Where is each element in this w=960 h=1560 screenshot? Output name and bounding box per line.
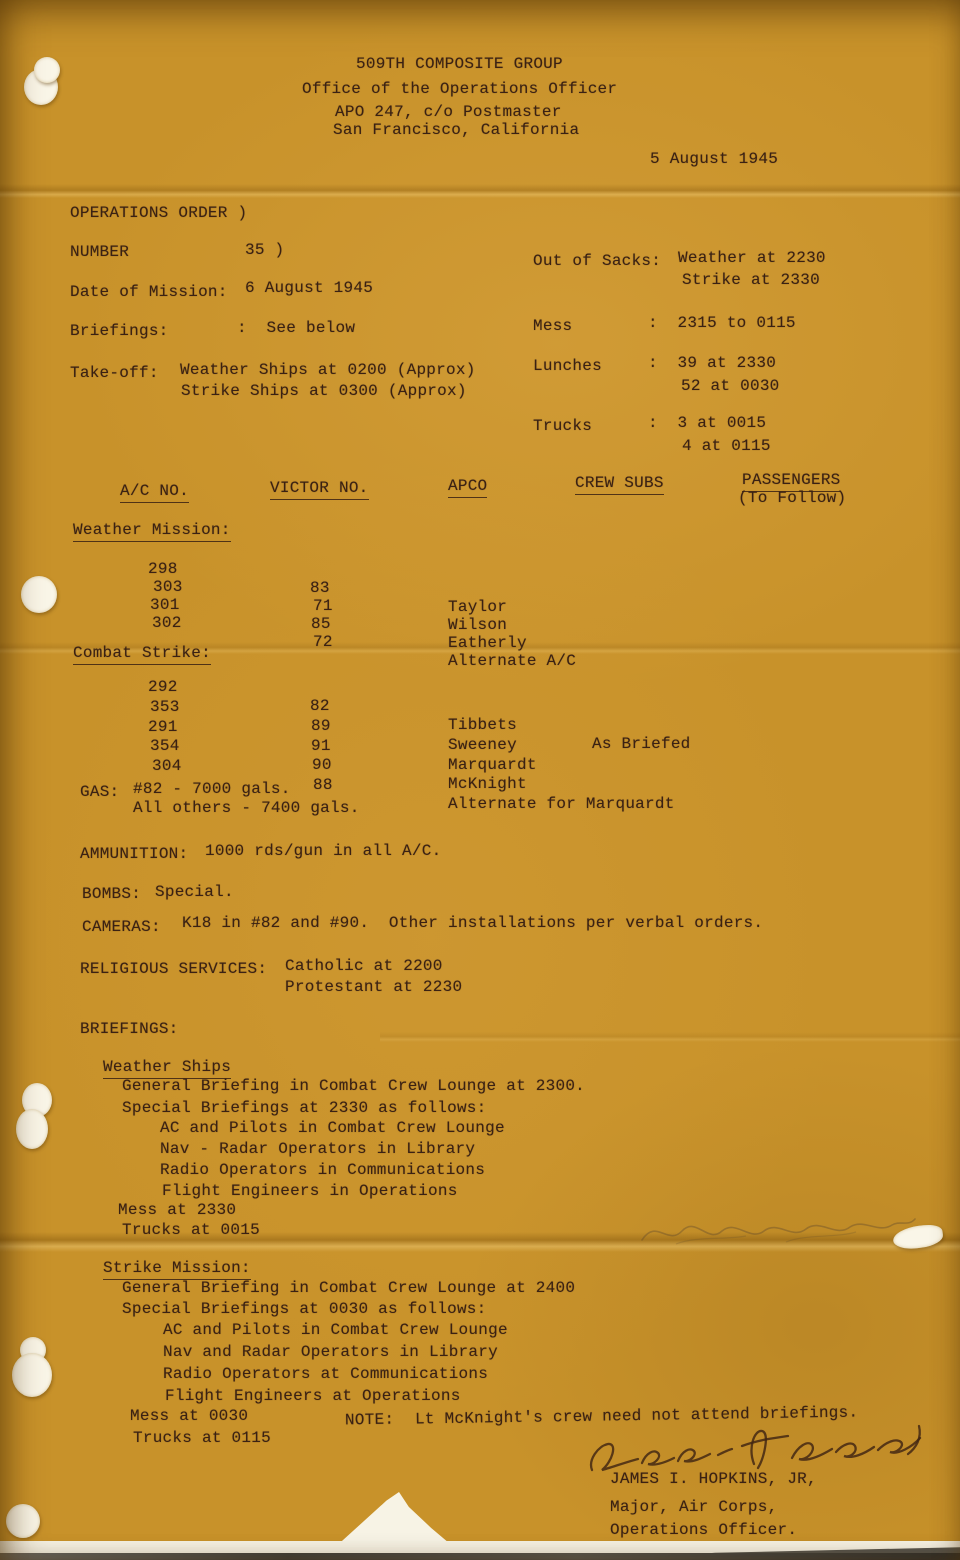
- bombs-label: BOMBS:: [82, 885, 141, 904]
- cameras-value: K18 in #82 and #90. Other installations …: [182, 914, 763, 933]
- pencil-scribble: [636, 1200, 921, 1260]
- cell-victor: 72: [313, 633, 333, 652]
- punch-hole-4: [12, 1337, 56, 1399]
- mission-date-value: 6 August 1945: [245, 279, 373, 298]
- letterhead-apo: APO 247, c/o Postmaster: [335, 103, 562, 122]
- scanned-document-page: 509TH COMPOSITE GROUP Office of the Oper…: [0, 0, 960, 1560]
- weather-item-2: Nav - Radar Operators in Library: [160, 1140, 475, 1159]
- takeoff-weather: Weather Ships at 0200 (Approx): [180, 361, 476, 380]
- strike-general: General Briefing in Combat Crew Lounge a…: [122, 1279, 575, 1298]
- ammunition-value: 1000 rds/gun in all A/C.: [205, 842, 441, 861]
- weather-mess: Mess at 2330: [118, 1201, 236, 1220]
- gas-line-2: All others - 7400 gals.: [133, 799, 360, 818]
- lunches-value-1: : 39 at 2330: [648, 354, 776, 373]
- takeoff-label: Take-off:: [70, 364, 159, 383]
- cameras-label: CAMERAS:: [82, 918, 161, 937]
- strike-mission-title: Strike Mission:: [103, 1259, 251, 1280]
- cell-ac: 302: [152, 614, 182, 633]
- sacks-label: Out of Sacks:: [533, 252, 661, 271]
- punch-hole-1: [24, 57, 64, 107]
- gas-label: GAS:: [80, 783, 119, 802]
- weather-item-3: Radio Operators in Communications: [160, 1161, 485, 1180]
- religious-protestant: Protestant at 2230: [285, 978, 462, 997]
- signature-title: Operations Officer.: [610, 1521, 797, 1540]
- letterhead-city: San Francisco, California: [333, 121, 579, 140]
- takeoff-strike: Strike Ships at 0300 (Approx): [181, 382, 467, 401]
- cell-apco: Alternate for Marquardt: [448, 795, 675, 814]
- col-header-passengers-sub: (To Follow): [738, 489, 846, 508]
- col-header-crew: CREW SUBS: [575, 474, 664, 495]
- note-label: NOTE:: [345, 1411, 395, 1431]
- strike-item-1: AC and Pilots in Combat Crew Lounge: [163, 1321, 508, 1340]
- lunches-value-2: 52 at 0030: [681, 377, 780, 396]
- order-title: OPERATIONS ORDER ): [70, 204, 247, 223]
- signature-rank: Major, Air Corps,: [610, 1498, 777, 1517]
- religious-services-label: RELIGIOUS SERVICES:: [80, 960, 267, 979]
- sacks-strike: Strike at 2330: [682, 271, 820, 290]
- sacks-weather: Weather at 2230: [678, 249, 826, 268]
- strike-item-3: Radio Operators at Communications: [163, 1365, 488, 1384]
- fold-crease-faint: [380, 1032, 960, 1042]
- ammunition-label: AMMUNITION:: [80, 845, 188, 864]
- bombs-value: Special.: [155, 883, 234, 902]
- letterhead-org: 509TH COMPOSITE GROUP: [356, 55, 563, 74]
- strike-item-2: Nav and Radar Operators in Library: [163, 1343, 498, 1362]
- trucks-value-2: 4 at 0115: [682, 437, 771, 456]
- signature-name: JAMES I. HOPKINS, JR,: [610, 1470, 817, 1489]
- briefings-section-label: BRIEFINGS:: [80, 1020, 179, 1039]
- mission-date-label: Date of Mission:: [70, 283, 228, 302]
- strike-trucks: Trucks at 0115: [133, 1429, 271, 1448]
- scan-edge-dark: [0, 1553, 960, 1560]
- order-number-label: NUMBER: [70, 243, 129, 262]
- col-header-apco: APCO: [448, 477, 487, 498]
- weather-ships-title: Weather Ships: [103, 1058, 231, 1079]
- punch-hole-5: [6, 1504, 40, 1538]
- mess-value: : 2315 to 0115: [648, 314, 796, 333]
- col-header-victor: VICTOR NO.: [270, 479, 369, 500]
- cell-victor: 88: [313, 776, 333, 795]
- weather-item-4: Flight Engineers in Operations: [162, 1182, 458, 1201]
- trucks-label: Trucks: [533, 417, 592, 436]
- punch-hole-3: [16, 1083, 56, 1151]
- strike-item-4: Flight Engineers at Operations: [165, 1387, 461, 1406]
- document-date: 5 August 1945: [650, 150, 778, 169]
- weather-general: General Briefing in Combat Crew Lounge a…: [122, 1077, 585, 1096]
- strike-mess: Mess at 0030: [130, 1407, 248, 1426]
- fold-crease-top: [0, 184, 960, 198]
- religious-catholic: Catholic at 2200: [285, 957, 443, 976]
- briefings-label: Briefings:: [70, 322, 169, 341]
- weather-mission-title: Weather Mission:: [73, 521, 231, 542]
- mess-label: Mess: [533, 317, 572, 336]
- briefings-value: : See below: [237, 319, 355, 338]
- strike-special: Special Briefings at 0030 as follows:: [122, 1300, 487, 1319]
- weather-trucks: Trucks at 0015: [122, 1221, 260, 1240]
- order-number-value: 35 ): [245, 241, 284, 260]
- gas-line-1: #82 - 7000 gals.: [133, 780, 291, 799]
- lunches-label: Lunches: [533, 357, 602, 376]
- weather-item-1: AC and Pilots in Combat Crew Lounge: [160, 1119, 505, 1138]
- cell-ac: 304: [152, 757, 182, 776]
- trucks-value-1: : 3 at 0015: [648, 414, 766, 433]
- letterhead-office: Office of the Operations Officer: [302, 80, 617, 99]
- weather-special: Special Briefings at 2330 as follows:: [122, 1099, 487, 1118]
- col-header-ac: A/C NO.: [120, 482, 189, 503]
